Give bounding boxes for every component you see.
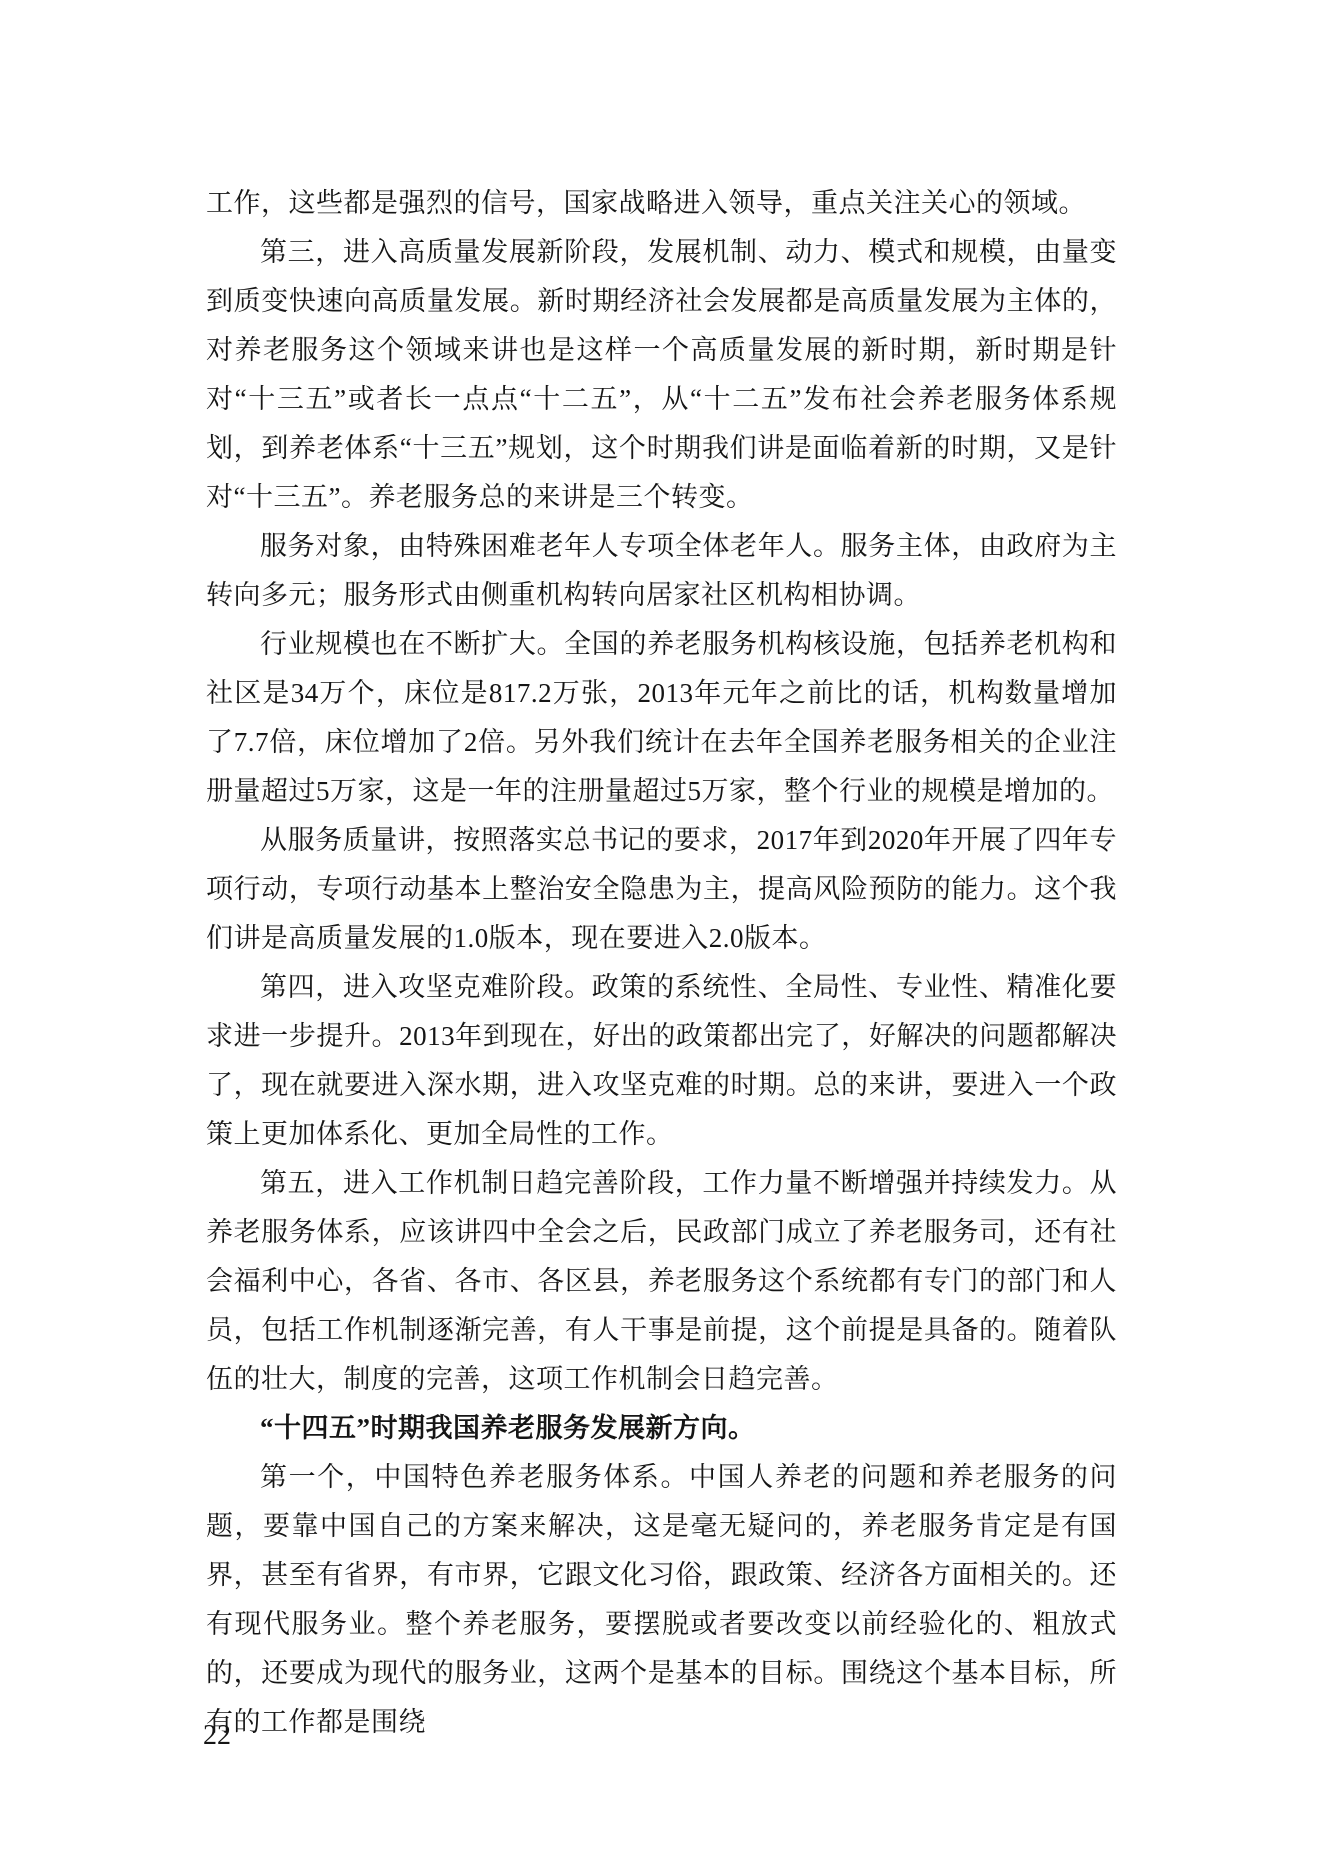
section-heading: “十四五”时期我国养老服务发展新方向。 — [206, 1404, 1117, 1453]
paragraph: 第三，进入高质量发展新阶段，发展机制、动力、模式和规模，由量变到质变快速向高质量… — [206, 228, 1117, 522]
paragraph: 第四，进入攻坚克难阶段。政策的系统性、全局性、专业性、精准化要求进一步提升。20… — [206, 963, 1117, 1159]
paragraph: 行业规模也在不断扩大。全国的养老服务机构核设施，包括养老机构和社区是34万个，床… — [206, 620, 1117, 816]
page-number: 22 — [203, 1716, 231, 1756]
paragraph: 服务对象，由特殊困难老年人专项全体老年人。服务主体，由政府为主转向多元；服务形式… — [206, 522, 1117, 620]
paragraph-continuation: 工作，这些都是强烈的信号，国家战略进入领导，重点关注关心的领域。 — [206, 179, 1117, 228]
page-body-text: 工作，这些都是强烈的信号，国家战略进入领导，重点关注关心的领域。 第三，进入高质… — [206, 179, 1117, 1747]
paragraph: 第一个，中国特色养老服务体系。中国人养老的问题和养老服务的问题，要靠中国自己的方… — [206, 1453, 1117, 1747]
paragraph: 从服务质量讲，按照落实总书记的要求，2017年到2020年开展了四年专项行动，专… — [206, 816, 1117, 963]
paragraph: 第五，进入工作机制日趋完善阶段，工作力量不断增强并持续发力。从养老服务体系，应该… — [206, 1159, 1117, 1404]
document-page: 工作，这些都是强烈的信号，国家战略进入领导，重点关注关心的领域。 第三，进入高质… — [0, 0, 1323, 1871]
